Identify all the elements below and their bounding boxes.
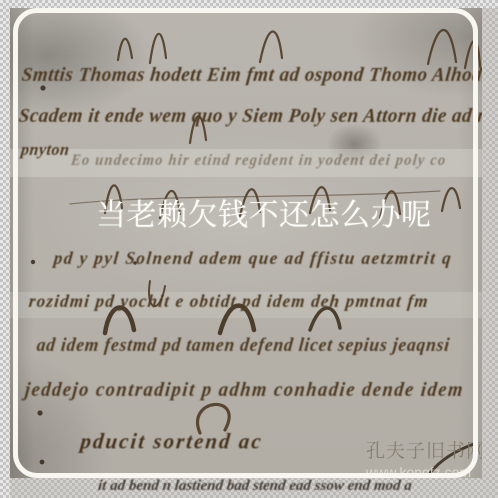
- manuscript-line: ad idem festmd pd tamen defend licet sep…: [36, 334, 451, 356]
- manuscript-line: Scadem it ende wem quo y Siem Poly sen A…: [18, 105, 482, 128]
- manuscript-photo: Smttis Thomas hodett Eim fmt ad ospond T…: [10, 8, 482, 478]
- photo-spill-right: [482, 8, 498, 478]
- manuscript-line: Smttis Thomas hodett Eim fmt ad ospond T…: [21, 64, 482, 87]
- manuscript-margin-word: pnyton: [20, 141, 70, 160]
- manuscript-line: pd y pyl Solnend adem que ad ffistu aetz…: [53, 248, 454, 269]
- manuscript-line: jeddejo contradipit p adhm conhadie dend…: [24, 380, 465, 402]
- watermark-site-name: 孔夫子旧书网: [366, 436, 482, 463]
- watermark: 孔夫子旧书网 www.kongfz.com: [366, 436, 482, 478]
- watermark-site-url: www.kongfz.com: [366, 464, 482, 478]
- manuscript-line: rozidmi pd yochit e obtidt pd idem deh p…: [28, 291, 430, 312]
- photo-spill-bottom: it ad bend n lastiend bad stend ead ssow…: [10, 478, 498, 498]
- manuscript-line-faded: Eo undecimo hir etind regident in yodent…: [70, 152, 447, 170]
- manuscript-line: it ad bend n lastiend bad stend ead ssow…: [97, 478, 498, 495]
- chinese-title-overlay: 当老赖欠钱不还怎么办呢: [96, 190, 456, 234]
- manuscript-line: pducit sortend ac: [79, 428, 264, 455]
